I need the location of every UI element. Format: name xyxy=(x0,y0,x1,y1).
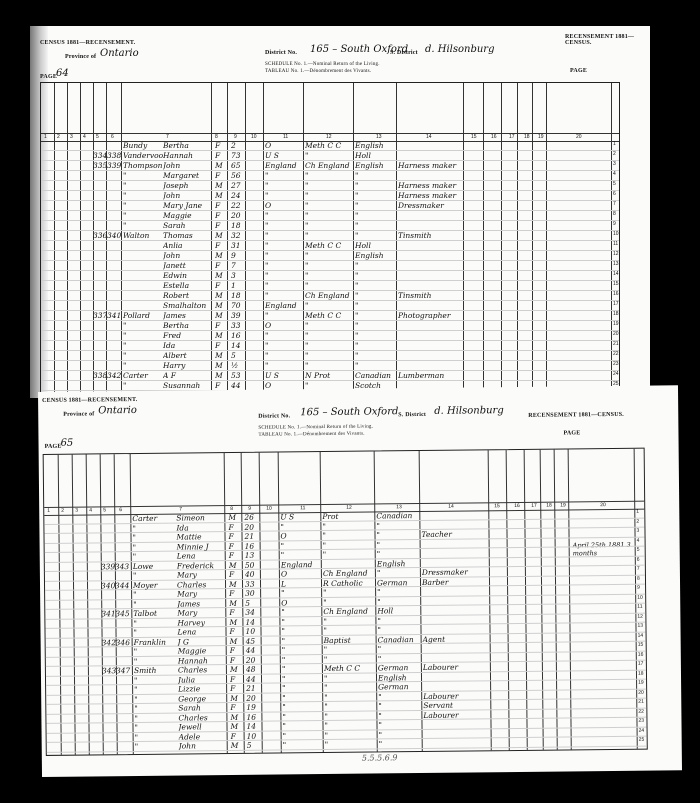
cell-occupation: Tinsmith xyxy=(398,231,462,240)
cell-house: 337 xyxy=(93,311,107,320)
cell-religion: Meth C C xyxy=(305,141,353,150)
census-header-right: RECENSEMENT 1881—CENSUS. xyxy=(528,412,624,419)
cell-family: 345 xyxy=(115,609,131,618)
cell-age: 14 xyxy=(231,341,245,350)
cell-occupation xyxy=(422,596,488,597)
cell-sex: F xyxy=(215,321,227,330)
subdistrict-label: S. District xyxy=(390,50,418,56)
table-row: EdwinM3"""14 xyxy=(41,271,619,281)
cell-origin: Holl xyxy=(355,241,395,250)
cell-age: 73 xyxy=(231,151,245,160)
table-row: 338342CarterA FM53U SN ProtCanadianLumbe… xyxy=(41,371,619,381)
cell-origin: " xyxy=(355,331,395,340)
cell-sex: F xyxy=(215,281,227,290)
cell-occupation xyxy=(422,539,488,540)
cell-surname: " xyxy=(132,533,174,542)
cell-origin: " xyxy=(355,261,395,270)
census-page-64: CENSUS 1881—RECENSEMENT. RECENSEMENT 188… xyxy=(30,26,650,398)
cell-house: 342 xyxy=(102,638,116,647)
cell-line: 17 xyxy=(613,301,621,307)
cell-occupation xyxy=(423,672,489,673)
cell-surname: Walton xyxy=(123,231,163,240)
cell-origin: " xyxy=(355,211,395,220)
cell-house: 334 xyxy=(93,151,107,160)
cell-birthplace: U S xyxy=(265,151,303,160)
cell-origin: " xyxy=(377,540,419,549)
cell-sex: F xyxy=(228,532,241,541)
page-label: PAGE xyxy=(40,74,57,80)
cell-religion: " xyxy=(305,361,353,370)
cell-house: 341 xyxy=(101,609,115,618)
cell-house: 343 xyxy=(102,666,116,675)
cell-occupation: Harness maker xyxy=(398,161,462,170)
cell-sex: M xyxy=(215,161,227,170)
cell-line: 23 xyxy=(613,361,621,367)
cell-occupation: Labourer xyxy=(423,691,489,701)
cell-given: Harry xyxy=(163,361,211,370)
cell-sex: F xyxy=(215,381,227,390)
cell-sex: M xyxy=(229,598,242,607)
cell-sex: M xyxy=(215,181,227,190)
cell-sex: F xyxy=(215,341,227,350)
cell-occupation xyxy=(421,510,487,511)
cell-given: Hannah xyxy=(178,656,226,666)
cell-age: 56 xyxy=(231,171,245,180)
cell-age: 39 xyxy=(231,311,245,320)
cell-line: 4 xyxy=(637,537,645,543)
cell-birthplace: " xyxy=(280,522,320,531)
cell-occupation xyxy=(422,548,488,549)
cell-religion: Meth C C xyxy=(305,241,353,250)
cell-given: Robert xyxy=(163,291,211,300)
cell-religion: " xyxy=(324,701,376,711)
cell-sex: M xyxy=(215,361,227,370)
cell-family: 342 xyxy=(107,371,121,380)
cell-surname: " xyxy=(134,694,176,703)
cell-line: 4 xyxy=(613,171,621,177)
cell-family: 347 xyxy=(116,666,132,675)
cell-given: James xyxy=(177,599,225,609)
cell-given: Susannah xyxy=(163,381,211,390)
cell-age: 24 xyxy=(231,191,245,200)
cell-given: Frederick xyxy=(177,561,225,571)
cell-line: 14 xyxy=(638,632,646,638)
cell-occupation: Photographer xyxy=(398,311,462,320)
cell-birthplace: " xyxy=(283,731,323,740)
cell-age: 22 xyxy=(231,201,245,210)
cell-family: 339 xyxy=(107,161,121,170)
cell-sex: M xyxy=(215,351,227,360)
cell-religion: " xyxy=(324,682,376,692)
cell-sex: M xyxy=(231,741,244,750)
cell-house: 336 xyxy=(93,231,107,240)
cell-sex: F xyxy=(215,151,227,160)
cell-age: 21 xyxy=(244,532,259,541)
cell-line: 10 xyxy=(613,231,621,237)
cell-sex: M xyxy=(215,301,227,310)
cell-sex: M xyxy=(215,251,227,260)
cell-given: Charles xyxy=(177,580,225,590)
cell-line: 16 xyxy=(613,291,621,297)
cell-line: 17 xyxy=(638,661,646,667)
cell-birthplace: " xyxy=(282,721,322,730)
cell-line: 1 xyxy=(613,141,621,147)
cell-sex: F xyxy=(229,608,242,617)
cell-line: 19 xyxy=(638,680,646,686)
cell-occupation xyxy=(423,643,489,644)
cell-religion: " xyxy=(305,231,353,240)
cell-surname: " xyxy=(133,590,175,599)
table-row: EstellaF1"""15 xyxy=(41,281,619,291)
cell-surname: " xyxy=(123,191,163,200)
cell-religion: " xyxy=(305,191,353,200)
frame-stamp: 5.5.5.6.9 xyxy=(362,753,398,762)
census-header-right: RECENSEMENT 1881—CENSUS. xyxy=(565,34,650,46)
table-row: "MaggieF20"""8 xyxy=(41,211,619,221)
cell-age: 26 xyxy=(244,513,259,522)
cell-origin: " xyxy=(355,171,395,180)
cell-birthplace: " xyxy=(281,588,321,597)
cell-birthplace: " xyxy=(282,645,322,654)
cell-age: 16 xyxy=(246,712,261,721)
cell-sex: F xyxy=(230,646,243,655)
cell-origin: " xyxy=(377,568,419,577)
cell-sex: M xyxy=(229,579,242,588)
cell-given: John xyxy=(163,191,211,200)
cell-age: 16 xyxy=(245,541,260,550)
cell-line: 20 xyxy=(613,331,621,337)
cell-religion: " xyxy=(322,530,374,540)
cell-birthplace: " xyxy=(282,693,322,702)
cell-family: 340 xyxy=(107,231,121,240)
cell-religion: " xyxy=(305,251,353,260)
cell-birthplace: " xyxy=(282,702,322,711)
cell-sex: M xyxy=(215,331,227,340)
cell-surname: " xyxy=(134,675,176,684)
cell-origin: " xyxy=(355,361,395,370)
cell-origin: German xyxy=(378,663,420,672)
cell-surname: " xyxy=(133,618,175,627)
cell-family: 341 xyxy=(107,311,121,320)
cell-given: Margaret xyxy=(163,171,211,180)
cell-occupation: Barber xyxy=(422,577,488,587)
subdistrict-value: d. Hilsonburg xyxy=(434,405,504,417)
page-number: 65 xyxy=(60,438,73,449)
cell-given: Charles xyxy=(178,713,226,723)
cell-birthplace: " xyxy=(265,331,303,340)
table-row: 335339ThompsonJohnM65EnglandCh EnglandEn… xyxy=(41,161,619,171)
cell-birthplace: " xyxy=(281,541,321,550)
cell-age: 5 xyxy=(231,351,245,360)
cell-birthplace: L xyxy=(281,579,321,588)
cell-occupation: Harness maker xyxy=(398,191,462,200)
cell-given: John xyxy=(179,741,227,751)
cell-sex: M xyxy=(215,371,227,380)
table-row: "FredM16"""20 xyxy=(41,331,619,341)
cell-occupation: Labourer xyxy=(423,662,489,672)
cell-birthplace: O xyxy=(280,531,320,540)
cell-age: 21 xyxy=(246,684,261,693)
cell-line: 18 xyxy=(613,311,621,317)
cell-given: Sarah xyxy=(163,221,211,230)
cell-birthplace: " xyxy=(265,341,303,350)
cell-origin: German xyxy=(378,682,420,691)
cell-origin: German xyxy=(377,578,419,587)
cell-sex: M xyxy=(215,311,227,320)
cell-age: 44 xyxy=(231,381,245,390)
cell-religion: " xyxy=(324,654,376,664)
cell-surname: " xyxy=(134,656,176,665)
cell-religion: " xyxy=(305,271,353,280)
cell-sex: M xyxy=(230,693,243,702)
cell-occupation xyxy=(423,681,489,682)
cell-occupation: Labourer xyxy=(423,710,489,720)
cell-line: 15 xyxy=(613,281,621,287)
cell-origin: " xyxy=(376,530,418,539)
table-row: 336340WaltonThomasM32"""Tinsmith10 xyxy=(41,231,619,241)
table-row: "AlbertM5"""22 xyxy=(41,351,619,361)
cell-origin: " xyxy=(355,311,395,320)
cell-sex: F xyxy=(215,241,227,250)
cell-religion: Baptist xyxy=(324,635,376,645)
cell-age: 50 xyxy=(245,560,260,569)
cell-origin: " xyxy=(378,644,420,653)
cell-age: 44 xyxy=(246,646,261,655)
cell-surname: Carter xyxy=(132,514,174,523)
cell-given: Hannah xyxy=(163,151,211,160)
cell-origin: Canadian xyxy=(355,371,395,380)
cell-surname: Moyer xyxy=(133,580,175,589)
cell-birthplace: " xyxy=(265,231,303,240)
cell-religion: " xyxy=(305,261,353,270)
cell-given: Ida xyxy=(176,523,224,533)
cell-occupation xyxy=(423,719,489,720)
cell-age: 10 xyxy=(245,627,260,636)
cell-religion: Ch England xyxy=(323,606,375,616)
cell-given: Charles xyxy=(178,665,226,675)
cell-age: 5 xyxy=(245,598,260,607)
table-row: "IdaF14"""21 xyxy=(41,341,619,351)
cell-age: 14 xyxy=(246,722,261,731)
table-row: RobertM18"Ch England"Tinsmith16 xyxy=(41,291,619,301)
cell-origin: English xyxy=(378,673,420,682)
cell-sex: M xyxy=(230,712,243,721)
cell-line: 9 xyxy=(637,585,645,591)
table-row: 334338VandervoortHannahF73U S"Holl2 xyxy=(41,151,619,161)
cell-line: 6 xyxy=(637,556,645,562)
cell-origin: " xyxy=(377,616,419,625)
cell-sex: F xyxy=(230,703,243,712)
tableau-line: TABLEAU No. 1.—Dénombrement des Vivants. xyxy=(265,69,371,74)
cell-origin: " xyxy=(355,201,395,210)
cell-sex: F xyxy=(215,201,227,210)
cell-origin: Canadian xyxy=(376,511,418,520)
cell-religion: " xyxy=(322,521,374,531)
cell-age: 20 xyxy=(231,211,245,220)
cell-origin: " xyxy=(378,654,420,663)
cell-birthplace: U S xyxy=(280,512,320,521)
cell-origin: " xyxy=(355,221,395,230)
cell-given: Adele xyxy=(179,732,227,742)
table-row: 337341PollardJamesM39"Meth C C"Photograp… xyxy=(41,311,619,321)
cell-religion: " xyxy=(324,692,376,702)
cell-religion: " xyxy=(305,341,353,350)
cell-family: 343 xyxy=(115,562,131,571)
table-row: JanettF7"""13 xyxy=(41,261,619,271)
cell-surname: Smith xyxy=(134,666,176,675)
cell-religion: Meth C C xyxy=(324,663,376,673)
cell-age: 10 xyxy=(247,731,262,740)
cell-surname: " xyxy=(134,723,176,732)
cell-birthplace: " xyxy=(281,626,321,635)
cell-birthplace: " xyxy=(265,271,303,280)
cell-age: 48 xyxy=(246,665,261,674)
cell-line: 10 xyxy=(637,594,645,600)
cell-religion: " xyxy=(325,739,377,749)
cell-birthplace: " xyxy=(265,291,303,300)
cell-birthplace: " xyxy=(281,550,321,559)
cell-birthplace: O xyxy=(281,598,321,607)
cell-line: 1 xyxy=(636,509,644,515)
cell-birthplace: " xyxy=(265,221,303,230)
cell-origin: " xyxy=(378,701,420,710)
cell-religion: N Prot xyxy=(305,371,353,380)
cell-birthplace: " xyxy=(282,712,322,721)
cell-age: 27 xyxy=(231,181,245,190)
cell-birthplace: O xyxy=(265,321,303,330)
cell-given: Lena xyxy=(177,551,225,561)
table-row: "JohnM24"""Harness maker6 xyxy=(41,191,619,201)
cell-line: 7 xyxy=(613,201,621,207)
district-label: District No. xyxy=(265,50,297,56)
cell-occupation xyxy=(422,615,488,616)
cell-religion: R Catholic xyxy=(323,578,375,588)
table-row: "JosephM27"""Harness maker5 xyxy=(41,181,619,191)
cell-sex: F xyxy=(229,541,242,550)
cell-birthplace: " xyxy=(265,191,303,200)
cell-sex: M xyxy=(215,231,227,240)
census-table: 1 2 3 4 5 6 7 8 9 10 11 12 13 14 15 16 1… xyxy=(40,82,620,394)
cell-line: 15 xyxy=(638,642,646,648)
cell-birthplace: " xyxy=(282,664,322,673)
cell-origin: " xyxy=(377,549,419,558)
cell-age: 18 xyxy=(231,291,245,300)
page-number: 64 xyxy=(56,68,69,79)
cell-origin: Canadian xyxy=(378,635,420,644)
cell-surname: " xyxy=(133,628,175,637)
cell-surname: " xyxy=(134,704,176,713)
cell-surname: " xyxy=(123,351,163,360)
cell-age: 16 xyxy=(231,331,245,340)
cell-given: Jewell xyxy=(178,722,226,732)
cell-age: 20 xyxy=(244,522,259,531)
cell-given: Mary xyxy=(177,608,225,618)
cell-surname: " xyxy=(123,381,163,390)
cell-religion: " xyxy=(323,597,375,607)
cell-sex: F xyxy=(215,141,227,150)
cell-line: 19 xyxy=(613,321,621,327)
cell-birthplace: " xyxy=(282,683,322,692)
cell-sex: M xyxy=(215,191,227,200)
cell-religion: " xyxy=(305,331,353,340)
cell-age: 3 xyxy=(231,271,245,280)
cell-age: 34 xyxy=(245,608,260,617)
cell-religion: " xyxy=(305,301,353,310)
cell-age: 9 xyxy=(231,251,245,260)
cell-sex: F xyxy=(215,261,227,270)
census-table: 1 2 3 4 5 6 7 8 9 10 11 12 13 14 15 16 1… xyxy=(43,448,648,756)
cell-given: Fred xyxy=(163,331,211,340)
cell-line: 11 xyxy=(637,604,645,610)
cell-given: James xyxy=(163,311,211,320)
cell-sex: M xyxy=(230,636,243,645)
cell-birthplace: " xyxy=(265,281,303,290)
cell-surname: Vandervoort xyxy=(123,151,163,160)
cell-religion: " xyxy=(305,171,353,180)
district-label: District No. xyxy=(258,413,290,419)
cell-origin: English xyxy=(355,161,395,170)
cell-line: 23 xyxy=(638,718,646,724)
cell-line: 3 xyxy=(613,161,621,167)
cell-line: 24 xyxy=(639,727,647,733)
cell-age: 20 xyxy=(246,655,261,664)
cell-surname: Bundy xyxy=(123,141,163,150)
cell-religion: " xyxy=(305,211,353,220)
cell-birthplace: " xyxy=(283,740,323,749)
cell-age: 33 xyxy=(245,579,260,588)
cell-surname: " xyxy=(135,732,177,741)
cell-origin: " xyxy=(378,711,420,720)
cell-given: Edwin xyxy=(163,271,211,280)
cell-birthplace: " xyxy=(282,674,322,683)
cell-line: 8 xyxy=(637,575,645,581)
cell-age: 2 xyxy=(231,141,245,150)
table-row: "MargaretF56"""4 xyxy=(41,171,619,181)
cell-given: John xyxy=(163,161,211,170)
cell-given: Julia xyxy=(178,675,226,685)
cell-age: 19 xyxy=(246,703,261,712)
table-row: SmalhaltonM70England""17 xyxy=(41,301,619,311)
cell-occupation: Dressmaker xyxy=(398,201,462,210)
cell-given: Mary xyxy=(177,589,225,599)
cell-religion: " xyxy=(305,181,353,190)
cell-sex: F xyxy=(229,551,242,560)
cell-family: 344 xyxy=(115,581,131,590)
cell-sex: F xyxy=(229,570,242,579)
cell-age: 31 xyxy=(231,241,245,250)
cell-age: 13 xyxy=(245,551,260,560)
cell-origin: " xyxy=(355,191,395,200)
cell-surname: " xyxy=(133,542,175,551)
cell-age: 45 xyxy=(246,636,261,645)
cell-given: Lena xyxy=(177,627,225,637)
cell-house: 340 xyxy=(101,581,115,590)
cell-origin: " xyxy=(377,625,419,634)
cell-line: 22 xyxy=(613,351,621,357)
cell-house: 335 xyxy=(93,161,107,170)
cell-birthplace: " xyxy=(265,171,303,180)
cell-occupation xyxy=(424,729,490,730)
cell-house: 338 xyxy=(93,371,107,380)
cell-surname: " xyxy=(133,599,175,608)
cell-given: Harvey xyxy=(177,618,225,628)
cell-line: 21 xyxy=(638,699,646,705)
cell-occupation xyxy=(421,520,487,521)
cell-religion: Ch England xyxy=(323,568,375,578)
cell-surname: " xyxy=(123,221,163,230)
cell-sex: M xyxy=(229,617,242,626)
cell-occupation xyxy=(424,738,490,739)
